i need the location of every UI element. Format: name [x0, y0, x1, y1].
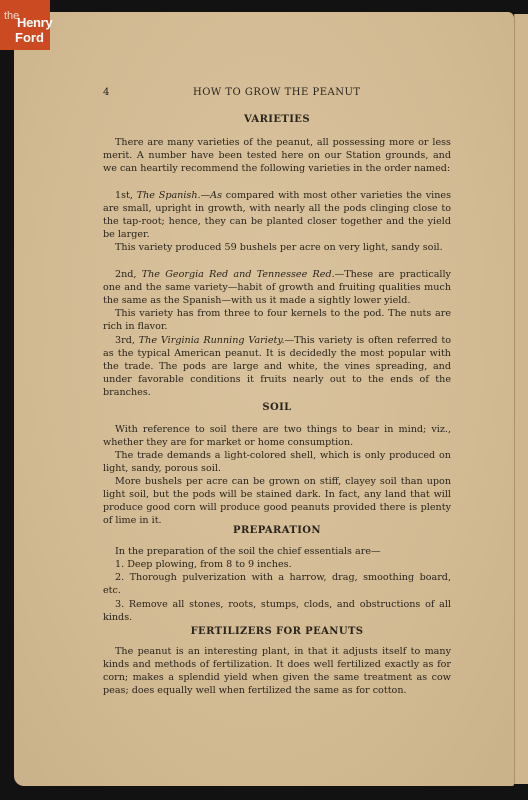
- logo-henry: Henry: [17, 15, 52, 30]
- page-number: 4: [103, 86, 110, 99]
- paragraph: In the preparation of the soil the chief…: [103, 545, 451, 558]
- heading-varieties: VARIETIES: [103, 113, 451, 126]
- book-title: HOW TO GROW THE PEANUT: [193, 86, 361, 99]
- paragraph: This variety has from three to four kern…: [103, 307, 451, 333]
- heading-soil: SOIL: [103, 401, 451, 414]
- logo-ford: Ford: [15, 30, 44, 45]
- paragraph-spanish: 1st, The Spanish.—As compared with most …: [103, 189, 451, 241]
- list-item: 1. Deep plowing, from 8 to 9 inches.: [103, 558, 451, 571]
- list-item: 3. Remove all stones, roots, stumps, clo…: [103, 598, 451, 624]
- paragraph: More bushels per acre can be grown on st…: [103, 475, 451, 527]
- paragraph: The trade demands a light-colored shell,…: [103, 449, 451, 475]
- paragraph: This variety produced 59 bushels per acr…: [103, 241, 451, 254]
- heading-preparation: PREPARATION: [103, 524, 451, 537]
- paragraph: The peanut is an interesting plant, in t…: [103, 645, 451, 697]
- list-item: 2. Thorough pulverization with a harrow,…: [103, 571, 451, 597]
- adjacent-page-edge: [514, 14, 528, 784]
- paragraph: With reference to soil there are two thi…: [103, 423, 451, 449]
- paragraph-georgia-red: 2nd, The Georgia Red and Tennessee Red.—…: [103, 268, 451, 307]
- paragraph: There are many varieties of the peanut, …: [103, 136, 451, 175]
- henry-ford-logo: the Henry Ford: [0, 0, 50, 50]
- paragraph-virginia: 3rd, The Virginia Running Variety.—This …: [103, 334, 451, 399]
- heading-fertilizers: FERTILIZERS FOR PEANUTS: [103, 625, 451, 638]
